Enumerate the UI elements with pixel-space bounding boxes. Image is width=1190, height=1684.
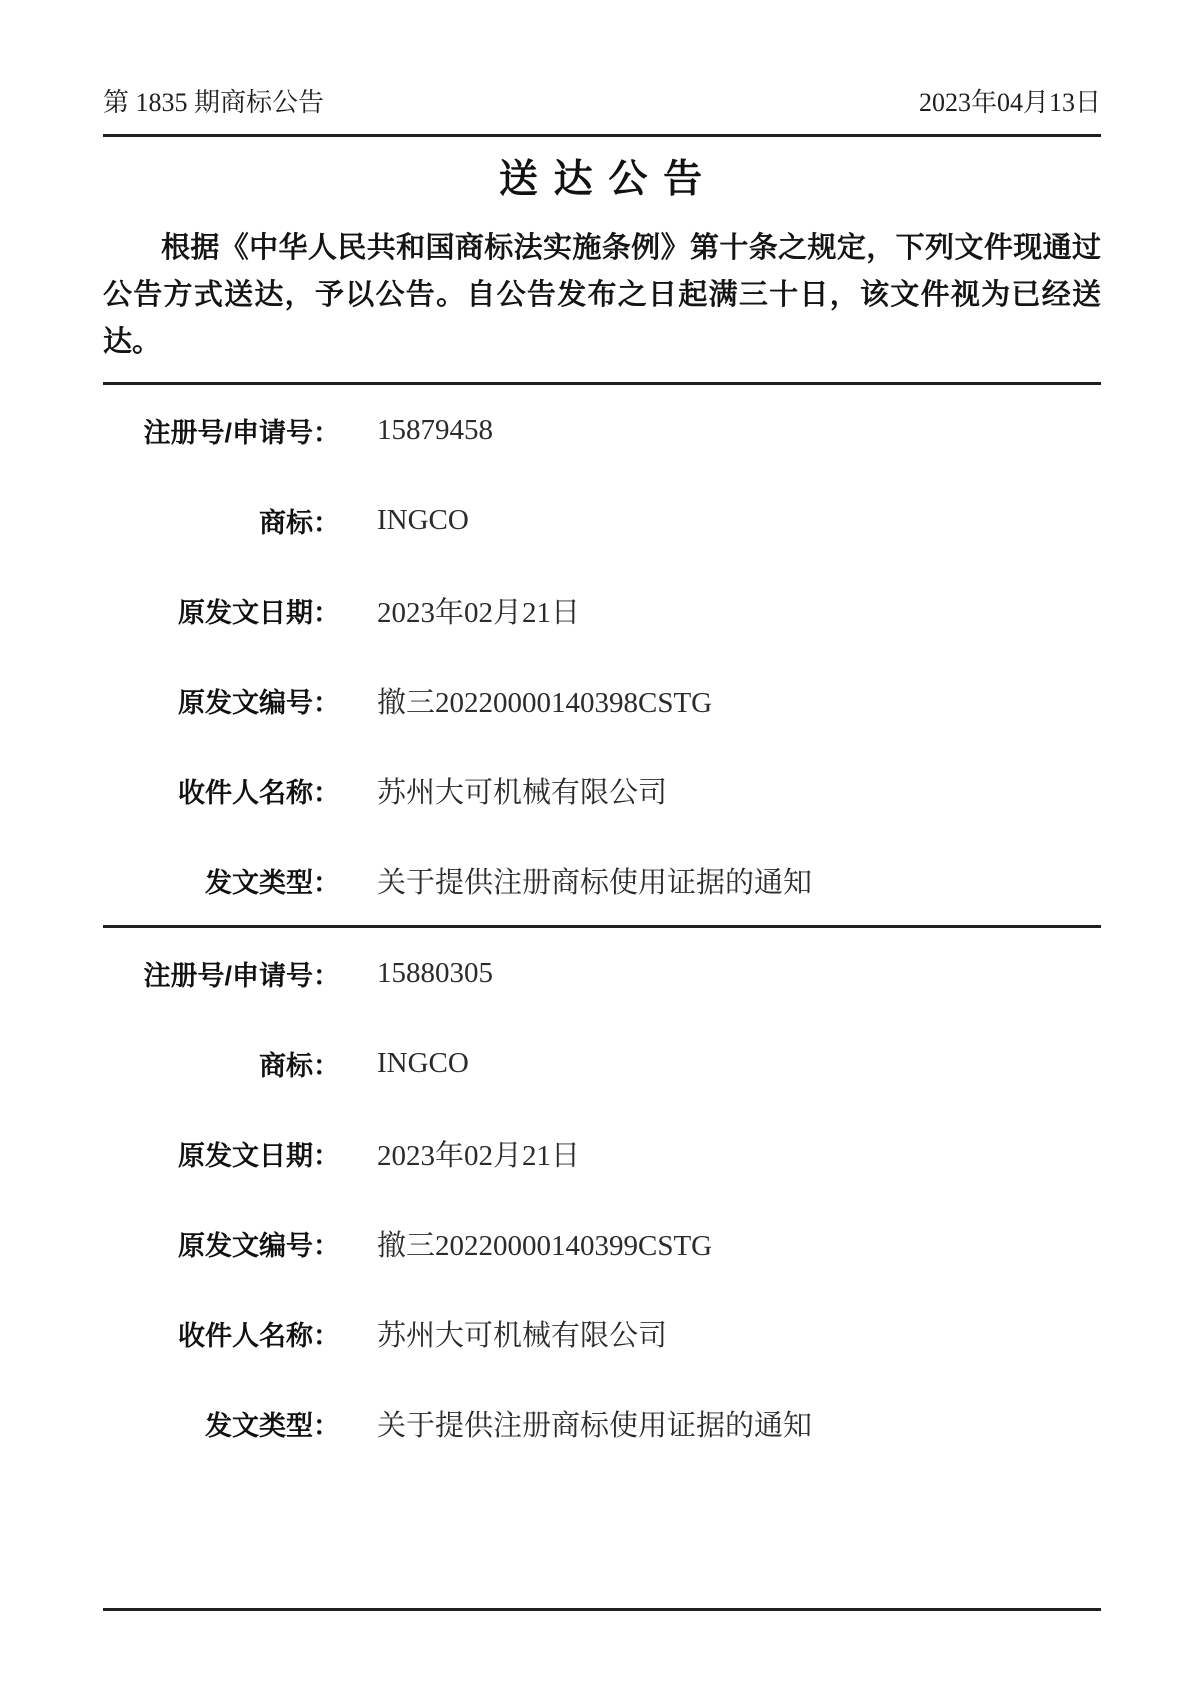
- bottom-divider: [103, 1608, 1101, 1611]
- field-value-original-document-number: 撤三20220000140398CSTG: [377, 680, 712, 721]
- field-row-original-document-number: 原发文编号： 撤三20220000140399CSTG: [103, 1198, 1101, 1288]
- gazette-page: 第 1835 期商标公告 2023年04月13日 送 达 公 告 根据《中华人民…: [103, 0, 1101, 1611]
- field-value-original-issue-date: 2023年02月21日: [377, 590, 580, 631]
- field-label-trademark: 商标：: [103, 1044, 340, 1083]
- field-value-original-issue-date: 2023年02月21日: [377, 1133, 580, 1174]
- field-value-document-type: 关于提供注册商标使用证据的通知: [377, 860, 812, 901]
- field-label-original-document-number: 原发文编号：: [103, 1224, 340, 1263]
- field-value-registration-number: 15879458: [377, 414, 493, 447]
- field-label-registration-number: 注册号/申请号：: [103, 411, 340, 450]
- field-value-recipient-name: 苏州大可机械有限公司: [377, 1313, 667, 1354]
- field-label-recipient-name: 收件人名称：: [103, 1314, 340, 1353]
- field-row-trademark: 商标： INGCO: [103, 475, 1101, 565]
- page-header: 第 1835 期商标公告 2023年04月13日: [103, 82, 1101, 119]
- field-row-document-type: 发文类型： 关于提供注册商标使用证据的通知: [103, 1378, 1101, 1468]
- field-label-original-issue-date: 原发文日期：: [103, 1134, 340, 1173]
- field-value-registration-number: 15880305: [377, 957, 493, 990]
- intro-paragraph: 根据《中华人民共和国商标法实施条例》第十条之规定，下列文件现通过公告方式送达，予…: [103, 225, 1101, 366]
- field-row-registration-number: 注册号/申请号： 15879458: [103, 385, 1101, 475]
- field-value-original-document-number: 撤三20220000140399CSTG: [377, 1223, 712, 1264]
- field-row-original-issue-date: 原发文日期： 2023年02月21日: [103, 565, 1101, 655]
- field-label-registration-number: 注册号/申请号：: [103, 954, 340, 993]
- field-row-document-type: 发文类型： 关于提供注册商标使用证据的通知: [103, 835, 1101, 925]
- bottom-spacer: [103, 1468, 1101, 1608]
- field-label-original-issue-date: 原发文日期：: [103, 591, 340, 630]
- record-2: 注册号/申请号： 15880305 商标： INGCO 原发文日期： 2023年…: [103, 925, 1101, 1468]
- field-label-document-type: 发文类型：: [103, 861, 340, 900]
- field-label-recipient-name: 收件人名称：: [103, 771, 340, 810]
- field-row-trademark: 商标： INGCO: [103, 1018, 1101, 1108]
- record-1: 注册号/申请号： 15879458 商标： INGCO 原发文日期： 2023年…: [103, 382, 1101, 925]
- field-value-trademark: INGCO: [377, 1047, 469, 1080]
- gazette-date: 2023年04月13日: [919, 82, 1101, 119]
- field-label-document-type: 发文类型：: [103, 1404, 340, 1443]
- field-row-recipient-name: 收件人名称： 苏州大可机械有限公司: [103, 1288, 1101, 1378]
- header-divider: [103, 134, 1101, 137]
- page-title: 送 达 公 告: [103, 148, 1101, 204]
- field-value-trademark: INGCO: [377, 504, 469, 537]
- field-value-recipient-name: 苏州大可机械有限公司: [377, 770, 667, 811]
- field-row-recipient-name: 收件人名称： 苏州大可机械有限公司: [103, 745, 1101, 835]
- field-row-original-issue-date: 原发文日期： 2023年02月21日: [103, 1108, 1101, 1198]
- field-row-registration-number: 注册号/申请号： 15880305: [103, 928, 1101, 1018]
- gazette-issue-label: 第 1835 期商标公告: [103, 82, 324, 119]
- field-label-original-document-number: 原发文编号：: [103, 681, 340, 720]
- field-value-document-type: 关于提供注册商标使用证据的通知: [377, 1403, 812, 1444]
- field-row-original-document-number: 原发文编号： 撤三20220000140398CSTG: [103, 655, 1101, 745]
- field-label-trademark: 商标：: [103, 501, 340, 540]
